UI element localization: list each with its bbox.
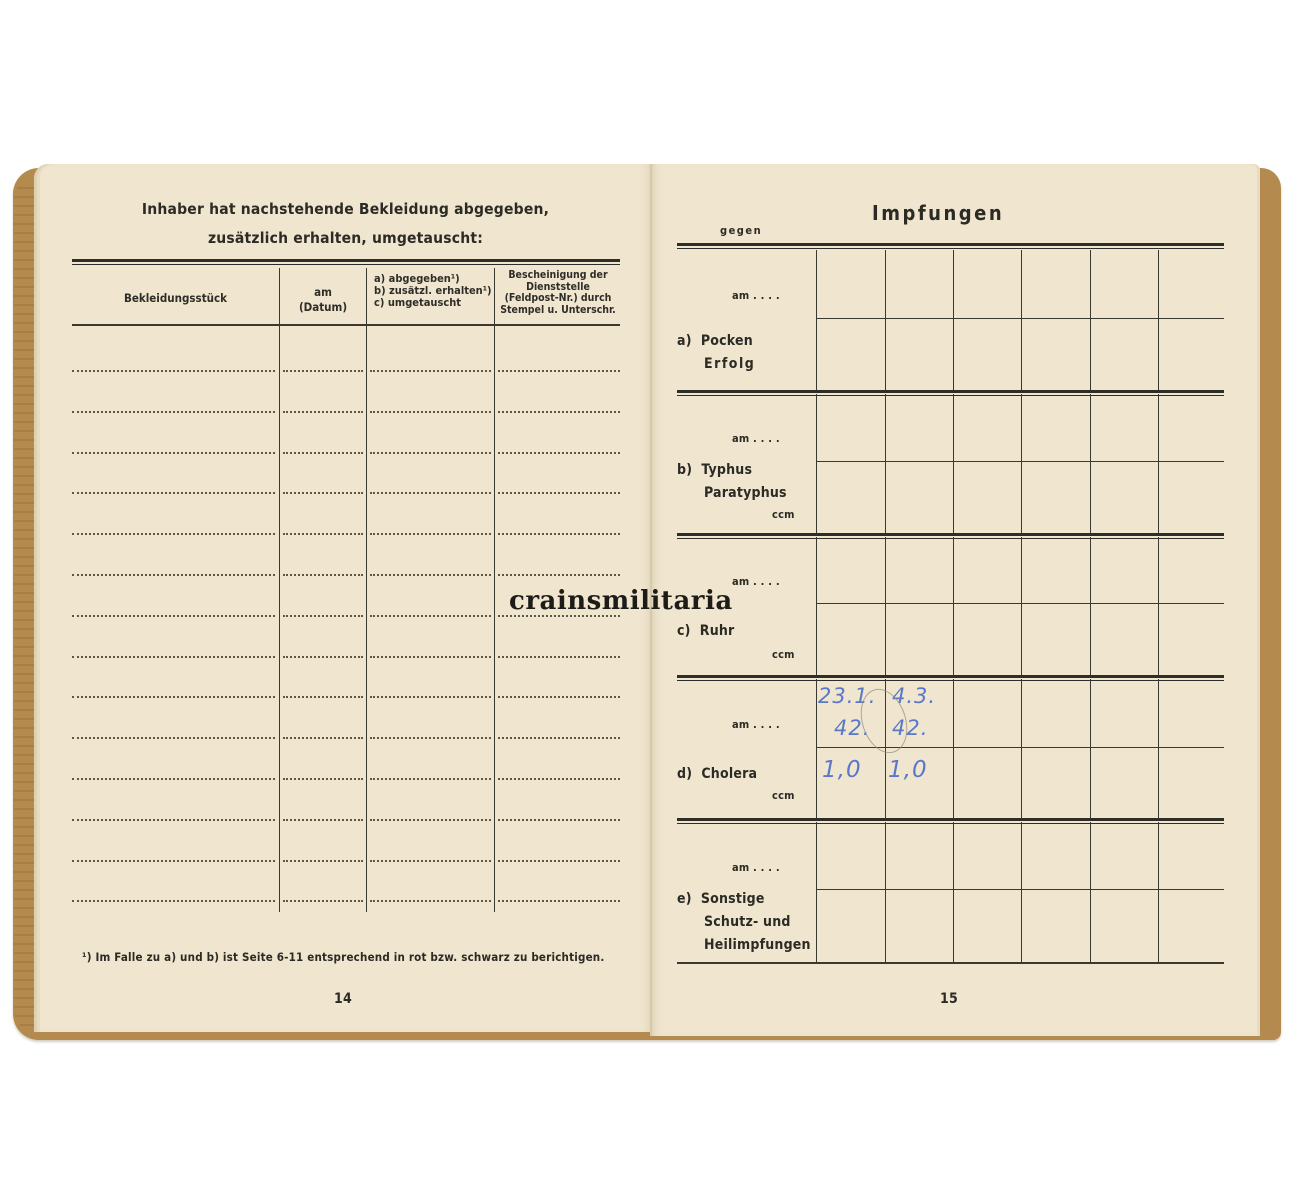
grid-column-line — [816, 822, 817, 962]
dotted-entry-line — [72, 452, 275, 454]
dotted-entry-line — [370, 737, 491, 739]
dotted-entry-line — [72, 411, 275, 413]
grid-column-line — [953, 679, 954, 818]
grid-column-line — [1158, 394, 1159, 533]
footnote: ¹) Im Falle zu a) und b) ist Seite 6-11 … — [82, 950, 605, 964]
dotted-entry-line — [498, 900, 620, 902]
section-a-label: a) Pocken Erfolg — [677, 330, 755, 376]
grid-column-line — [1021, 394, 1022, 533]
grid-column-line — [953, 822, 954, 962]
section-c-label: c) Ruhr — [677, 620, 734, 643]
page-number-left: 14 — [334, 991, 352, 1007]
column-divider — [494, 268, 495, 912]
dotted-entry-line — [370, 696, 491, 698]
section-divider — [677, 533, 1224, 539]
date-label: am . . . . — [732, 861, 780, 874]
section-b-label: b) Typhus Paratyphus — [677, 459, 787, 505]
dotted-entry-line — [72, 819, 275, 821]
dotted-entry-line — [370, 819, 491, 821]
dotted-entry-line — [283, 778, 363, 780]
dotted-entry-line — [283, 370, 363, 372]
dotted-entry-line — [72, 778, 275, 780]
grid-column-line — [1158, 250, 1159, 390]
handwritten-dose-1: 1,0 — [822, 757, 862, 783]
dotted-entry-line — [370, 860, 491, 862]
dotted-entry-line — [498, 370, 620, 372]
dotted-entry-line — [370, 533, 491, 535]
handwritten-dose-2: 1,0 — [888, 757, 928, 783]
grid-column-line — [885, 537, 886, 675]
grid-row-line — [816, 461, 1224, 462]
ccm-label: ccm — [772, 789, 795, 802]
vaccinations-subtitle: gegen — [720, 224, 762, 237]
grid-column-line — [1021, 822, 1022, 962]
grid-column-line — [1021, 250, 1022, 390]
grid-column-line — [953, 537, 954, 675]
page-number-right: 15 — [940, 991, 958, 1007]
grid-column-line — [1158, 537, 1159, 675]
page-edges — [14, 180, 38, 1030]
section-divider — [677, 390, 1224, 396]
dotted-entry-line — [72, 737, 275, 739]
grid-column-line — [816, 250, 817, 390]
dotted-entry-line — [370, 656, 491, 658]
dotted-entry-line — [370, 411, 491, 413]
dotted-entry-line — [370, 574, 491, 576]
clothing-title-line1: Inhaber hat nachstehende Bekleidung abge… — [40, 200, 651, 218]
dotted-entry-line — [283, 411, 363, 413]
dotted-entry-line — [370, 615, 491, 617]
grid-column-line — [816, 537, 817, 675]
dotted-entry-line — [72, 492, 275, 494]
vacc-top-rule — [677, 243, 1224, 249]
dotted-entry-line — [283, 492, 363, 494]
watermark: crainsmilitaria — [509, 586, 733, 616]
grid-column-line — [1090, 822, 1091, 962]
grid-column-line — [953, 394, 954, 533]
date-label: am . . . . — [732, 575, 780, 588]
grid-row-line — [816, 318, 1224, 319]
grid-column-line — [1090, 394, 1091, 533]
dotted-entry-line — [72, 696, 275, 698]
grid-column-line — [1158, 822, 1159, 962]
grid-column-line — [1021, 537, 1022, 675]
dotted-entry-line — [283, 452, 363, 454]
column-divider — [366, 268, 367, 912]
vaccinations-title: Impfungen — [872, 201, 1004, 225]
dotted-entry-line — [498, 656, 620, 658]
dotted-entry-line — [72, 860, 275, 862]
grid-column-line — [816, 679, 817, 818]
table-top-rule — [72, 259, 620, 265]
header-action: a) abgegeben¹) b) zusätzl. erhalten¹) c)… — [374, 273, 494, 309]
dotted-entry-line — [283, 860, 363, 862]
dotted-entry-line — [72, 900, 275, 902]
column-divider — [279, 268, 280, 912]
dotted-entry-line — [283, 615, 363, 617]
dotted-entry-line — [370, 370, 491, 372]
dotted-entry-line — [72, 574, 275, 576]
grid-column-line — [1090, 250, 1091, 390]
grid-column-line — [953, 250, 954, 390]
section-e-label: e) Sonstige Schutz- und Heilimpfungen — [677, 888, 811, 957]
grid-column-line — [1158, 679, 1159, 818]
dotted-entry-line — [498, 819, 620, 821]
section-divider — [677, 818, 1224, 824]
dotted-entry-line — [498, 574, 620, 576]
grid-column-line — [1090, 537, 1091, 675]
dotted-entry-line — [72, 370, 275, 372]
dotted-entry-line — [283, 656, 363, 658]
section-divider — [677, 962, 1224, 964]
grid-column-line — [885, 250, 886, 390]
dotted-entry-line — [498, 452, 620, 454]
header-clothing-item: Bekleidungsstück — [72, 292, 279, 304]
ccm-label: ccm — [772, 508, 795, 521]
dotted-entry-line — [283, 574, 363, 576]
grid-column-line — [1021, 679, 1022, 818]
dotted-entry-line — [498, 860, 620, 862]
dotted-entry-line — [370, 778, 491, 780]
header-date: am (Datum) — [280, 286, 366, 313]
dotted-entry-line — [498, 778, 620, 780]
dotted-entry-line — [498, 533, 620, 535]
date-label: am . . . . — [732, 432, 780, 445]
dotted-entry-line — [498, 411, 620, 413]
date-label: am . . . . — [732, 289, 780, 302]
grid-column-line — [1090, 679, 1091, 818]
dotted-entry-line — [283, 533, 363, 535]
table-header-rule — [72, 324, 620, 326]
grid-row-line — [816, 603, 1224, 604]
clothing-title-line2: zusätzlich erhalten, umgetauscht: — [40, 229, 651, 247]
dotted-entry-line — [370, 492, 491, 494]
section-d-label: d) Cholera — [677, 763, 757, 786]
header-certification: Bescheinigung der Dienststelle (Feldpost… — [495, 270, 621, 316]
dotted-entry-line — [283, 737, 363, 739]
dotted-entry-line — [370, 900, 491, 902]
dotted-entry-line — [72, 615, 275, 617]
dotted-entry-line — [498, 696, 620, 698]
section-divider — [677, 675, 1224, 681]
dotted-entry-line — [498, 737, 620, 739]
dotted-entry-line — [72, 533, 275, 535]
grid-row-line — [816, 889, 1224, 890]
dotted-entry-line — [283, 900, 363, 902]
dotted-entry-line — [370, 452, 491, 454]
ccm-label: ccm — [772, 648, 795, 661]
dotted-entry-line — [498, 492, 620, 494]
grid-column-line — [816, 394, 817, 533]
grid-column-line — [885, 822, 886, 962]
dotted-entry-line — [283, 819, 363, 821]
dotted-entry-line — [283, 696, 363, 698]
dotted-entry-line — [72, 656, 275, 658]
grid-column-line — [885, 394, 886, 533]
date-label: am . . . . — [732, 718, 780, 731]
